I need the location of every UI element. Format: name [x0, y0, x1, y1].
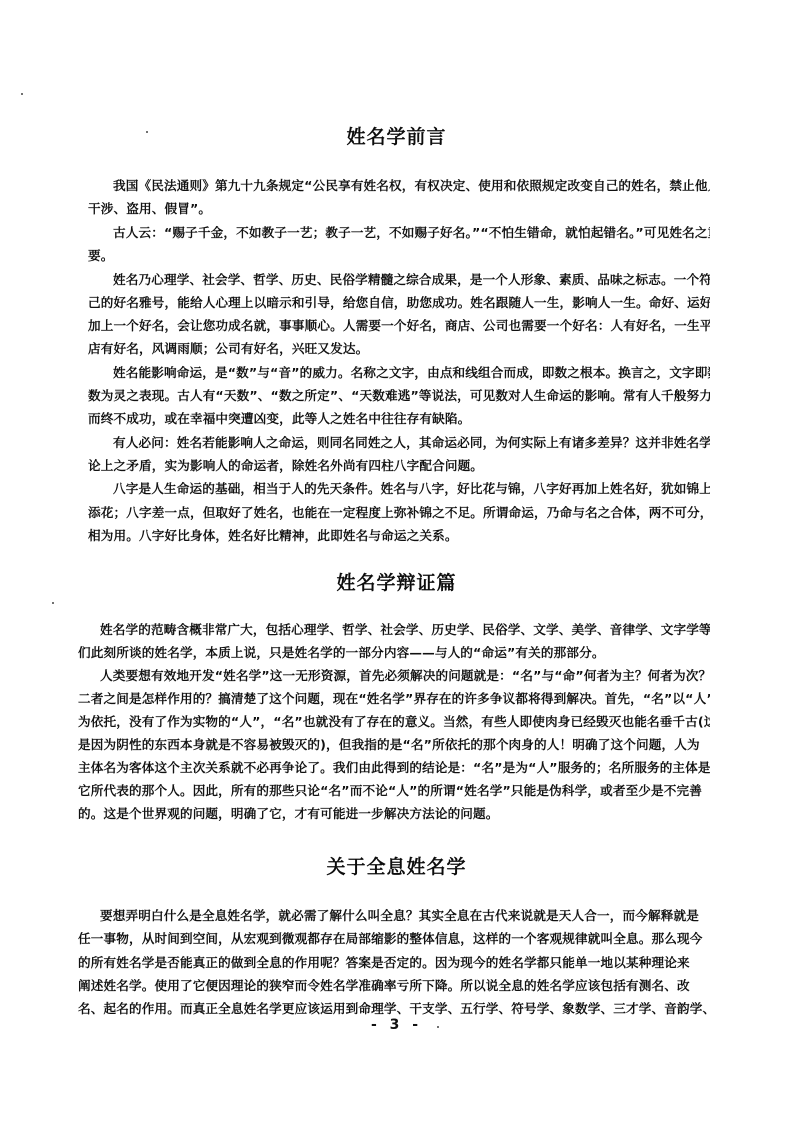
paragraph-line: 的。这是个世界观的问题，明确了它，才有可能进一步解决方法论的问题。 — [78, 806, 710, 822]
paragraph-line: 加上一个好名，会让您功成名就，事事顺心。人需要一个好名，商店、公司也需要一个好名… — [88, 318, 710, 334]
paragraph-line: 为依托，没有了作为实物的“人”，“名”也就没有了存在的意义。当然，有些人即使肉身… — [78, 714, 710, 730]
paragraph-line: 阐述姓名学。使用了它便因理论的狭窄而令姓名学准确率亏所下降。所以说全息的姓名学应… — [78, 978, 710, 994]
paragraph-line: 主体名为客体这个主次关系就不必再争论了。我们由此得到的结论是：“名”是为“人”服… — [78, 760, 710, 776]
paragraph-line: 论上之矛盾，实为影响人的命运者，除姓名外尚有四柱八字配合问题。 — [88, 458, 710, 474]
section-title-dialectics: 姓名学辩证篇 — [0, 568, 793, 595]
paragraph-line: 任一事物，从时间到空间，从宏观到微观都存在局部缩影的整体信息，这样的一个客观规律… — [78, 931, 710, 947]
paragraph-line: 名、起名的作用。而真正全息姓名学更应该运用到命理学、干支学、五行学、符号学、象数… — [78, 1001, 710, 1017]
page-number: - 3 - — [0, 1017, 793, 1033]
paragraph-line: 姓名能影响命运，是“数”与“音”的威力。名称之文字，由点和线组合而成，即数之根本… — [113, 365, 710, 381]
paragraph-line: 我国《民法通则》第九十九条规定“公民享有姓名权，有权决定、使用和依照规定改变自己… — [113, 178, 710, 194]
paragraph-line: 店有好名，风调雨顺；公司有好名，兴旺又发达。 — [88, 341, 710, 357]
paragraph-line: 有人必问：姓名若能影响人之命运，则同名同姓之人，其命运必同，为何实际上有诸多差异… — [113, 435, 710, 451]
paragraph-line: 要。 — [88, 248, 710, 264]
document-page: 姓名学前言 我国《民法通则》第九十九条规定“公民享有姓名权，有权决定、使用和依照… — [0, 0, 793, 1122]
scan-speck — [21, 93, 23, 95]
paragraph-line: 古人云：“赐子千金，不如教子一艺；教子一艺，不如赐子好名。”“不怕生错命，就怕起… — [113, 225, 710, 241]
paragraph-line: 人类要想有效地开发“姓名学”这一无形资源，首先必须解决的问题就是：“名”与“命”… — [100, 668, 710, 684]
paragraph-line: 八字是人生命运的基础，相当于人的先天条件。姓名与八字，好比花与锦，八字好再加上姓… — [113, 481, 710, 497]
paragraph-line: 们此刻所谈的姓名学，本质上说，只是姓名学的一部分内容——与人的“命运”有关的那部… — [78, 645, 710, 661]
paragraph-line: 它所代表的那个人。因此，所有的那些只论“名”而不论“人”的所谓“姓名学”只能是伪… — [78, 783, 710, 799]
paragraph-line: 姓名学的范畴含概非常广大，包括心理学、哲学、社会学、历史学、民俗学、文学、美学、… — [100, 622, 710, 638]
paragraph-line: 要想弄明白什么是全息姓名学，就必需了解什么叫全息？其实全息在古代来说就是天人合一… — [100, 908, 710, 924]
scan-speck — [52, 602, 54, 604]
paragraph-line: 添花；八字差一点，但取好了姓名，也能在一定程度上弥补锦之不足。所谓命运，乃命与名… — [88, 505, 710, 521]
paragraph-line: 二者之间是怎样作用的？搞清楚了这个问题，现在“姓名学”界存在的许多争议都将得到解… — [78, 691, 710, 707]
paragraph-line: 姓名乃心理学、社会学、哲学、历史、民俗学精髓之综合成果，是一个人形象、素质、品味… — [113, 272, 710, 288]
section-title-holographic: 关于全息姓名学 — [0, 852, 793, 879]
paragraph-line: 是因为阴性的东西本身就是不容易被毁灭的)，但我指的是“名”所依托的那个肉身的人！… — [78, 737, 710, 753]
paragraph-line: 干涉、盗用、假冒”。 — [88, 201, 710, 217]
paragraph-line: 数为灵之表现。古人有“天数”、“数之所定”、“天数难逃”等说法，可见数对人生命运… — [88, 388, 710, 404]
paragraph-line: 的所有姓名学是否能真正的做到全息的作用呢？答案是否定的。因为现今的姓名学都只能单… — [78, 955, 710, 971]
paragraph-line: 己的好名雅号，能给人心理上以暗示和引导，给您自信，助您成功。姓名跟随人一生，影响… — [88, 295, 710, 311]
section-title-preface: 姓名学前言 — [0, 122, 793, 149]
paragraph-line: 相为用。八字好比身体，姓名好比精神，此即姓名与命运之关系。 — [88, 528, 710, 544]
paragraph-line: 而终不成功，或在幸福中突遭凶变，此等人之姓名中往往存有缺陷。 — [88, 411, 710, 427]
